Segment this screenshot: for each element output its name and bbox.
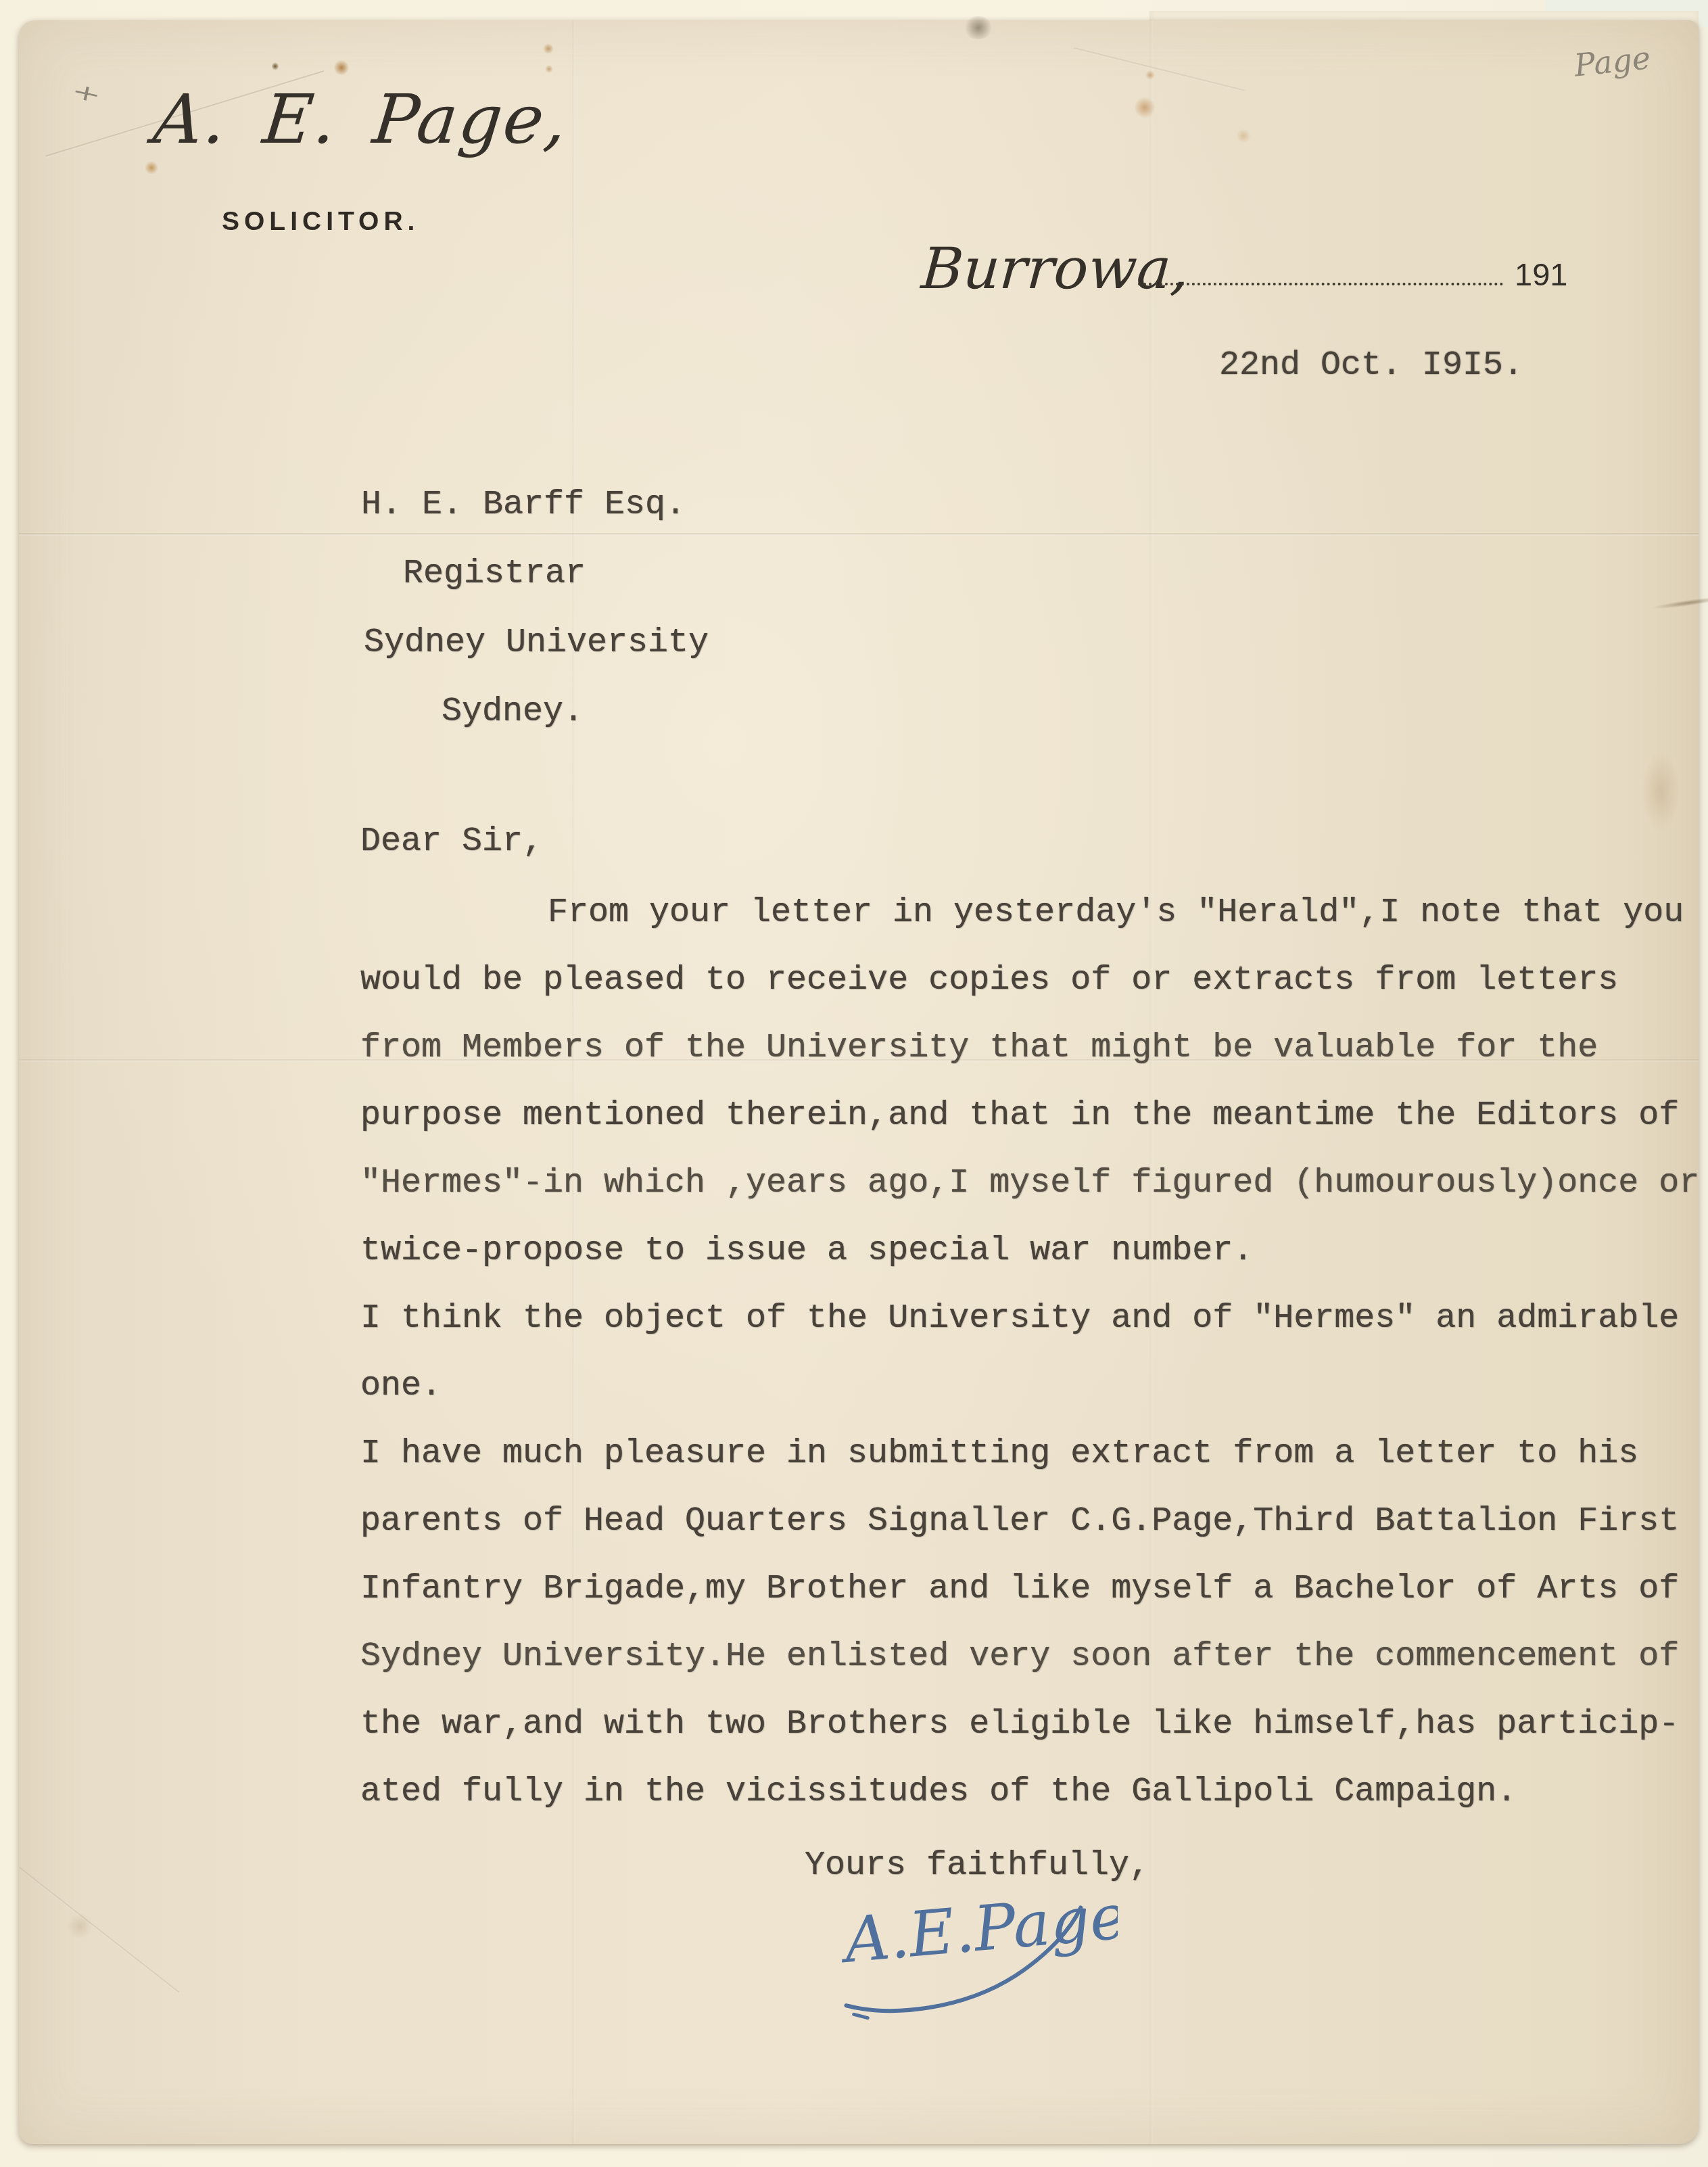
letterhead-title: SOLICITOR. xyxy=(222,207,419,237)
body-line: ated fully in the vicissitudes of the Ga… xyxy=(360,1771,1699,1838)
stain xyxy=(545,65,553,73)
pencil-corner-note: Page xyxy=(1572,39,1652,84)
fold-crease xyxy=(19,533,1699,536)
signature-svg: A.E.Page xyxy=(807,1872,1118,2028)
recipient-line: Registrar xyxy=(403,555,586,593)
body-line: parents of Head Quarters Signaller C.G.P… xyxy=(360,1500,1699,1568)
signature-dash xyxy=(854,2013,868,2020)
stain xyxy=(145,161,158,174)
body-line: twice-propose to issue a special war num… xyxy=(360,1230,1699,1297)
signature: A.E.Page xyxy=(807,1872,1118,2028)
stain xyxy=(1236,129,1251,143)
corner-crease xyxy=(18,1867,179,1993)
body-line: "Hermes"-in which ,years ago,I myself fi… xyxy=(360,1162,1699,1230)
letterhead-place: Burrowa, xyxy=(920,235,1191,302)
typed-date: 22nd Oct. I9I5. xyxy=(1219,346,1523,385)
stain xyxy=(1145,70,1155,80)
edge-tear xyxy=(1652,597,1708,611)
letterhead-name: A. E. Page, xyxy=(150,80,572,159)
stain xyxy=(272,62,279,70)
stain xyxy=(66,1914,93,1938)
dotted-date-line xyxy=(1138,283,1503,285)
salutation: Dear Sir, xyxy=(360,822,543,861)
recipient-line: Sydney. xyxy=(442,693,584,731)
recipient-line: H. E. Barff Esq. xyxy=(361,486,686,524)
body-line: from Members of the University that migh… xyxy=(360,1027,1699,1094)
body-line: I have much pleasure in submitting extra… xyxy=(360,1432,1699,1500)
scanned-letter-page: { "letterhead": { "name": "A. E. Page,",… xyxy=(0,0,1708,2167)
pencil-check-mark: + xyxy=(70,78,103,108)
body-line: one. xyxy=(360,1365,1699,1432)
smudge xyxy=(963,16,994,39)
body-line: would be pleased to receive copies of or… xyxy=(360,959,1699,1027)
stain xyxy=(1642,751,1680,832)
stain xyxy=(1135,96,1155,119)
letter-body: From your letter in yesterday's "Herald"… xyxy=(360,891,1699,1838)
letter-paper: + Page A. E. Page, SOLICITOR. Burrowa, 1… xyxy=(19,20,1699,2144)
body-line: Sydney University.He enlisted very soon … xyxy=(360,1635,1699,1703)
body-line: purpose mentioned therein,and that in th… xyxy=(360,1094,1699,1162)
recipient-line: Sydney University xyxy=(364,624,709,662)
stain xyxy=(334,60,349,76)
body-line: Infantry Brigade,my Brother and like mys… xyxy=(360,1568,1699,1635)
preprinted-year: 191 xyxy=(1515,256,1567,293)
signature-text: A.E.Page xyxy=(836,1880,1118,1978)
corner-crease xyxy=(1074,47,1245,92)
stain xyxy=(543,43,554,54)
body-line: From your letter in yesterday's "Herald"… xyxy=(360,891,1699,959)
body-line: the war,and with two Brothers eligible l… xyxy=(360,1703,1699,1771)
body-line: I think the object of the University and… xyxy=(360,1297,1699,1365)
